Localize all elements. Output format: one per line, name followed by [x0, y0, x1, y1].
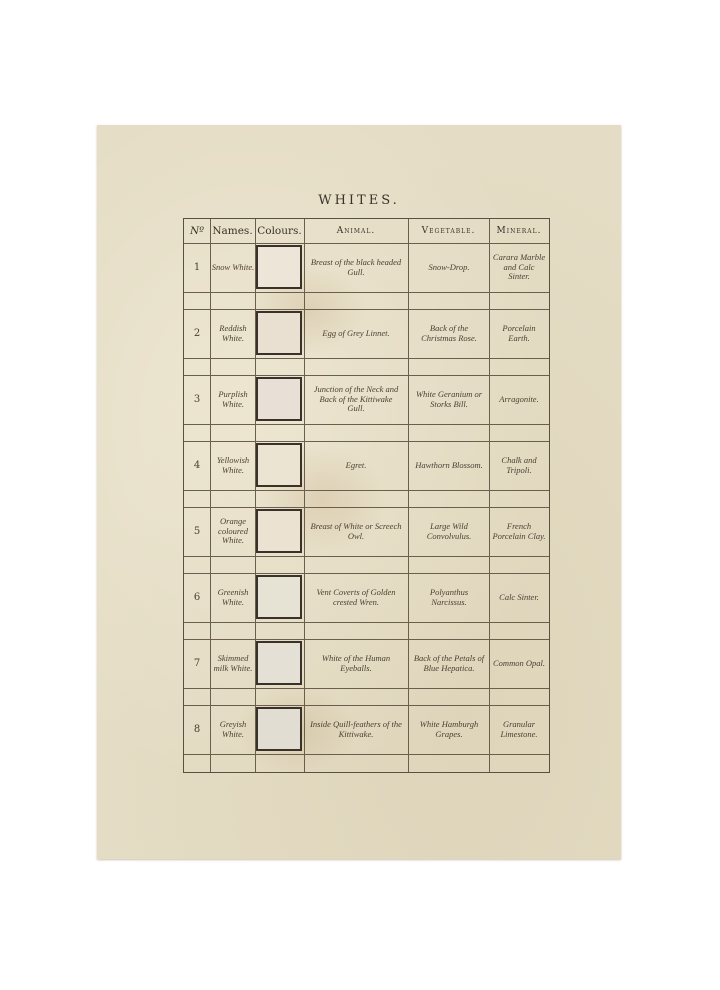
grid-line — [304, 219, 305, 772]
row-number: 1 — [184, 243, 210, 292]
vegetable-example: White Geranium or Storks Bill. — [412, 375, 486, 424]
vegetable-example: Snow-Drop. — [412, 243, 486, 292]
grid-line — [210, 219, 211, 772]
vegetable-example: Large Wild Convolvulus. — [412, 507, 486, 556]
mineral-example: French Porcelain Clay. — [492, 507, 546, 556]
grid-line — [184, 688, 549, 689]
header-colours: Colours. — [255, 219, 304, 243]
row-number: 8 — [184, 705, 210, 754]
row-number: 4 — [184, 441, 210, 490]
page-title: WHITES. — [97, 193, 621, 208]
colour-swatch — [256, 509, 302, 553]
grid-line — [184, 424, 549, 425]
vegetable-example: Hawthorn Blossom. — [412, 441, 486, 490]
colour-name: Greyish White. — [211, 705, 255, 754]
animal-example: Egret. — [310, 441, 402, 490]
row-number: 5 — [184, 507, 210, 556]
header-mineral: Mineral. — [489, 219, 549, 243]
vegetable-example: Back of the Petals of Blue Hepatica. — [412, 639, 486, 688]
grid-line — [184, 292, 549, 293]
animal-example: Breast of White or Screech Owl. — [310, 507, 402, 556]
colour-name: Greenish White. — [211, 573, 255, 622]
mineral-example: Granular Limestone. — [492, 705, 546, 754]
colour-name: Skimmed milk White. — [211, 639, 255, 688]
mineral-example: Common Opal. — [492, 639, 546, 688]
vegetable-example: Polyanthus Narcissus. — [412, 573, 486, 622]
row-number: 3 — [184, 375, 210, 424]
header-vegetable: Vegetable. — [408, 219, 489, 243]
grid-line — [408, 219, 409, 772]
animal-example: Breast of the black headed Gull. — [310, 243, 402, 292]
header-names: Names. — [210, 219, 255, 243]
vegetable-example: Back of the Christmas Rose. — [412, 309, 486, 358]
mineral-example: Calc Sinter. — [492, 573, 546, 622]
colour-table: Nº Names. Colours. Animal. Vegetable. Mi… — [183, 218, 550, 773]
mineral-example: Porcelain Earth. — [492, 309, 546, 358]
grid-line — [255, 219, 256, 772]
grid-line — [184, 490, 549, 491]
colour-name: Orange coloured White. — [211, 507, 255, 556]
header-number: Nº — [184, 219, 210, 243]
plate-page: WHITES. Nº Names. Colours. Animal. Veget… — [97, 125, 621, 859]
grid-line — [184, 358, 549, 359]
row-number: 6 — [184, 573, 210, 622]
header-animal: Animal. — [304, 219, 408, 243]
colour-name: Purplish White. — [211, 375, 255, 424]
colour-swatch — [256, 443, 302, 487]
mineral-example: Chalk and Tripoli. — [492, 441, 546, 490]
grid-line — [489, 219, 490, 772]
grid-line — [184, 556, 549, 557]
row-number: 2 — [184, 309, 210, 358]
colour-swatch — [256, 575, 302, 619]
animal-example: White of the Human Eyeballs. — [310, 639, 402, 688]
animal-example: Junction of the Neck and Back of the Kit… — [310, 375, 402, 424]
colour-swatch — [256, 707, 302, 751]
animal-example: Inside Quill-feathers of the Kittiwake. — [310, 705, 402, 754]
mineral-example: Arragonite. — [492, 375, 546, 424]
colour-name: Yellowish White. — [211, 441, 255, 490]
animal-example: Vent Coverts of Golden crested Wren. — [310, 573, 402, 622]
mineral-example: Carara Marble and Calc Sinter. — [492, 243, 546, 292]
colour-swatch — [256, 311, 302, 355]
animal-example: Egg of Grey Linnet. — [310, 309, 402, 358]
row-number: 7 — [184, 639, 210, 688]
colour-name: Snow White. — [211, 243, 255, 292]
colour-name: Reddish White. — [211, 309, 255, 358]
colour-swatch — [256, 245, 302, 289]
grid-line — [184, 622, 549, 623]
colour-swatch — [256, 377, 302, 421]
colour-swatch — [256, 641, 302, 685]
grid-line — [184, 754, 549, 755]
vegetable-example: White Hamburgh Grapes. — [412, 705, 486, 754]
